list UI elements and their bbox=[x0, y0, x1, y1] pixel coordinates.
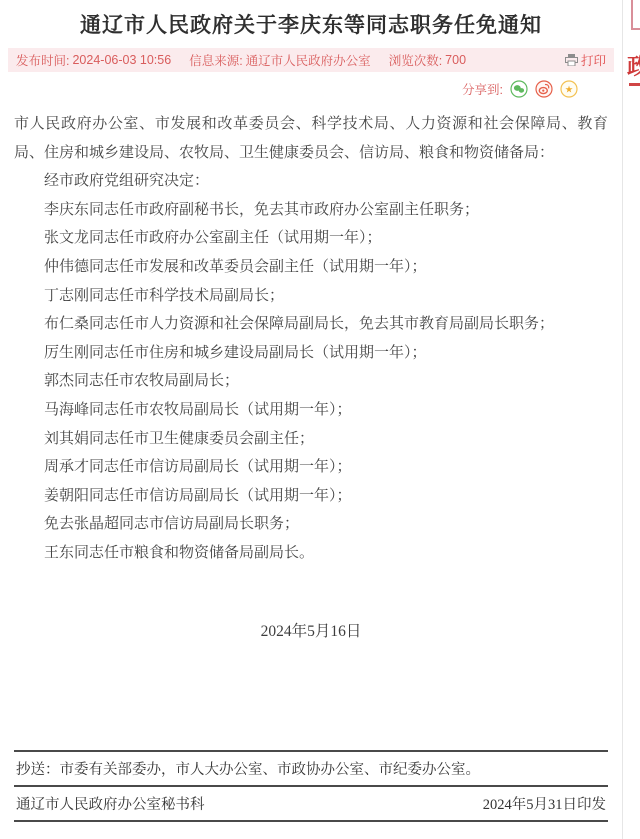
share-row: 分享到: ★ bbox=[0, 72, 622, 102]
article-paragraph: 厉生刚同志任市住房和城乡建设局副局长（试用期一年）； bbox=[14, 339, 608, 368]
right-panel-text-fragment: 政 bbox=[627, 53, 640, 81]
document-body: 市人民政府办公室、市发展和改革委员会、科学技术局、人力资源和社会保障局、教育局、… bbox=[14, 110, 608, 646]
view-count-label: 浏览次数: bbox=[389, 51, 442, 69]
document-footer: 抄送：市委有关部委办，市人大办公室、市政协办公室、市纪委办公室。 通辽市人民政府… bbox=[14, 750, 608, 822]
publish-time-label: 发布时间: bbox=[16, 51, 69, 69]
print-issue-date: 2024年5月31日印发 bbox=[483, 793, 606, 814]
article-paragraph: 王东同志任市粮食和物资储备局副局长。 bbox=[14, 539, 608, 568]
meta-bar: 发布时间: 2024-06-03 10:56 信息来源: 通辽市人民政府办公室 … bbox=[8, 48, 614, 72]
right-panel-underline-fragment bbox=[629, 83, 640, 86]
publish-time: 发布时间: 2024-06-03 10:56 bbox=[16, 51, 171, 69]
print-button-label: 打印 bbox=[581, 51, 606, 69]
cc-line: 抄送：市委有关部委办，市人大办公室、市政协办公室、市纪委办公室。 bbox=[14, 750, 608, 787]
article-paragraph: 仲伟德同志任市发展和改革委员会副主任（试用期一年）； bbox=[14, 253, 608, 282]
article-paragraph: 布仁桑同志任市人力资源和社会保障局副局长，免去其市教育局副局长职务； bbox=[14, 310, 608, 339]
article-paragraph: 免去张晶超同志市信访局副局长职务； bbox=[14, 510, 608, 539]
article-paragraph: 郭杰同志任市农牧局副局长； bbox=[14, 367, 608, 396]
print-button[interactable]: 打印 bbox=[565, 51, 606, 69]
document-panel: 通辽市人民政府关于李庆东等同志职务任免通知 发布时间: 2024-06-03 1… bbox=[0, 0, 623, 839]
printer-icon bbox=[565, 54, 578, 66]
article-paragraph: 刘其娟同志任市卫生健康委员会副主任； bbox=[14, 425, 608, 454]
issuer-row: 通辽市人民政府办公室秘书科 2024年5月31日印发 bbox=[14, 787, 608, 822]
wechat-share-icon[interactable] bbox=[510, 80, 528, 98]
favorite-star-icon[interactable]: ★ bbox=[560, 80, 578, 98]
article-paragraph: 经市政府党组研究决定： bbox=[14, 167, 608, 196]
info-source-value: 通辽市人民政府办公室 bbox=[246, 51, 371, 69]
publish-time-value: 2024-06-03 10:56 bbox=[72, 53, 171, 67]
article-paragraph: 李庆东同志任市政府副秘书长，免去其市政府办公室副主任职务； bbox=[14, 196, 608, 225]
article-paragraph: 张文龙同志任市政府办公室副主任（试用期一年）； bbox=[14, 224, 608, 253]
article-paragraph: 丁志刚同志任市科学技术局副局长； bbox=[14, 282, 608, 311]
share-label: 分享到: bbox=[462, 80, 503, 98]
document-date: 2024年5月16日 bbox=[14, 618, 608, 647]
article-paragraphs: 经市政府党组研究决定：李庆东同志任市政府副秘书长，免去其市政府办公室副主任职务；… bbox=[14, 167, 608, 567]
right-panel-box-fragment-bottom bbox=[631, 28, 640, 30]
page: 通辽市人民政府关于李庆东等同志职务任免通知 发布时间: 2024-06-03 1… bbox=[0, 0, 640, 839]
article-paragraph: 周承才同志任市信访局副局长（试用期一年）； bbox=[14, 453, 608, 482]
weibo-share-icon[interactable] bbox=[535, 80, 553, 98]
info-source-label: 信息来源: bbox=[189, 51, 242, 69]
svg-text:★: ★ bbox=[565, 85, 574, 96]
view-count: 浏览次数: 700 bbox=[389, 51, 466, 69]
view-count-value: 700 bbox=[445, 53, 466, 67]
issuer-office: 通辽市人民政府办公室秘书科 bbox=[16, 793, 205, 814]
article-paragraph: 马海峰同志任市农牧局副局长（试用期一年）； bbox=[14, 396, 608, 425]
info-source: 信息来源: 通辽市人民政府办公室 bbox=[189, 51, 371, 69]
right-panel-box-fragment bbox=[631, 0, 633, 28]
page-title: 通辽市人民政府关于李庆东等同志职务任免通知 bbox=[10, 12, 612, 40]
salutation: 市人民政府办公室、市发展和改革委员会、科学技术局、人力资源和社会保障局、教育局、… bbox=[14, 110, 608, 167]
article-paragraph: 姜朝阳同志任市信访局副局长（试用期一年）； bbox=[14, 482, 608, 511]
